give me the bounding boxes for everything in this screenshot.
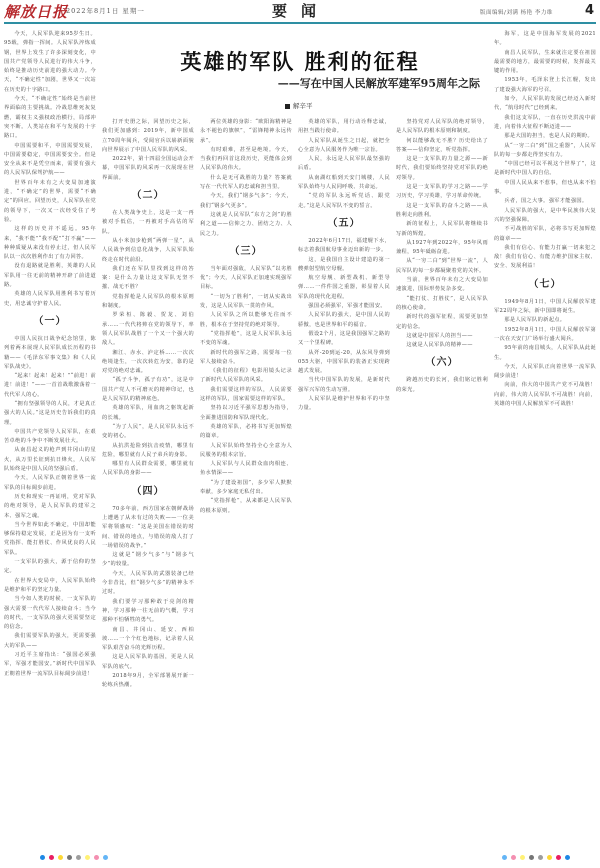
paragraph: 我们要学习那种敢于亮剑的精神，学习那种一往无前的气概，学习那种不怕牺牲的勇气。 [102, 598, 194, 626]
paragraph: 我们这支军队，一直在历史洪流中前进，向着伟大征程不断迈进—— [494, 114, 596, 133]
paragraph: 什么是无可战胜的力量？答案就写在一代代军人的忠诚和担当里。 [200, 174, 292, 193]
paragraph: 当代中国军队的发展，是新时代强军兴军的生动写照。 [298, 376, 390, 395]
paragraph: 兵者，国之大事。强军才能强国。 [494, 197, 596, 206]
paragraph: 习近平主席指出：“强国必须强军，军强才能国安。”新时代中国军队正朝着世界一流军队… [4, 651, 96, 679]
newspaper-logo: 解放日报 [4, 1, 68, 22]
paragraph: 今天，我们“钢多气多”；今天，我们“钢多气更多”。 [200, 192, 292, 211]
paragraph: 从1927年到2022年，95年风雨兼程，95年砥砺奋进。 [396, 239, 488, 258]
paragraph: 新时代的强军之路，需要每一位军人接续奋斗。 [200, 349, 292, 368]
paragraph: 70多年前，西方国家在朝鲜战场上遭遇了从未有过的失败——一位美军将领感叹：“这是… [102, 505, 194, 551]
article-column-6: 海军，这是中国海军发展的2021年。南昌人民军队，生来就注定要在祖国最需要的地方… [494, 30, 596, 856]
paragraph: 哪里有人民群众需要，哪里就有人民军队的身影—— [102, 460, 194, 479]
paragraph: 2022年6月17日，福建舰下水，标志着我国航母事业迈出新的一步。 [298, 237, 390, 256]
color-dot [565, 855, 570, 860]
paragraph: “拥有坚强领导的人民，才是真正强大的人民。”这是历史告诉我们的真理。 [4, 400, 96, 428]
paragraph: 1949年8月1日，中国人民解放军建军22周年之际，新中国即将诞生。 [494, 298, 596, 317]
header-rule [4, 22, 596, 24]
color-dot [67, 855, 72, 860]
paragraph: 这样的历史并不遥远。95年来，“我不能”“我不配”“打不赢”——种种质疑从来没有… [4, 225, 96, 262]
paragraph: “孤子斗争，孤子有功”，这是中国共产党人不可磨灭的精神印记，也是人民军队的精神底… [102, 376, 194, 404]
section-heading: （二） [102, 183, 194, 209]
paragraph: 党指挥枪是人民军队的根本原则和制度。 [102, 293, 194, 312]
paragraph: 在人类战争史上，这是一支一再被对手低估，一再被对手高估的军队。 [102, 209, 194, 237]
paragraph: 这是一支军队的力量之源——新时代，我们要始终坚持党对军队的绝对领导。 [396, 155, 488, 183]
article-subhead: ——写在中国人民解放军建军95周年之际 [150, 75, 480, 91]
paragraph: 今天，“不确定性”始终是当前世界面临的主要挑战。冷战思维死灰复燃，霸权主义强权政… [4, 95, 96, 141]
paragraph: 1952年8月1日，中国人民解放军第一次在天安门广场举行盛大阅兵。 [494, 326, 596, 345]
color-dot [40, 855, 45, 860]
paragraph: 人民，永远是人民军队最坚强的后盾。 [298, 155, 390, 174]
paragraph: 当年面对强敌，人民军队“以劣胜优”；今天，人民军队正加速实现强军目标。 [200, 265, 292, 293]
article-column-3: 两位英雄的身影：“欧阳海精神是永不褪色的旗帜”，“雷锋精神永远传承”。有时艰难，… [200, 118, 292, 856]
byline: 解辛平 [285, 101, 313, 110]
section-heading: （五） [298, 211, 390, 237]
paragraph: “起来！起来！起来！”“前进！前进！前进！”——一首首战歌激荡着一代代军人的心。 [4, 372, 96, 400]
paragraph: 今天，人民军队迎来95岁生日。95载，弹指一挥间。人民军队淬炼成钢，世界上发生了… [4, 30, 96, 95]
paragraph: 向前，伟大的中国共产党不可战胜！向前，伟大的人民军队不可战胜！向前，英雄的中国人… [494, 381, 596, 409]
paragraph: 这是一支军队的学习之路——学习历史，学习英雄，学习革命传统。 [396, 183, 488, 202]
paragraph: 南昌、井冈山、延安、西柏坡……一个个红色地标，记录着人民军队艰苦奋斗的光辉历程。 [102, 626, 194, 654]
paragraph: “能打仗、打胜仗”，是人民军队的核心使命。 [396, 295, 488, 314]
masthead: 解放日报 2022年8月1日 星期一 要闻 版面编辑/刘满 杨艳 李力维 4 [0, 0, 600, 22]
paragraph: 中国人民从来不惹事，但也从来不怕事。 [494, 179, 596, 198]
paragraph: 航空母舰、新型战机、新型导弹……一件件国之重器，彰显着人民军队的现代化进程。 [298, 274, 390, 302]
paragraph: 从“一穷二白”到“世界一流”，人民军队的每一步都凝聚着党的关怀。 [396, 257, 488, 276]
paragraph: 《我们的征程》电影用镜头记录了新时代人民军队的风采。 [200, 367, 292, 386]
paragraph: 新时代的强军征程，需要更加坚定的信念。 [396, 313, 488, 332]
paragraph: 没有退路就是胜利，英雄的人民军队用一往无前的精神开辟了前进道路。 [4, 262, 96, 290]
paragraph: 英雄的军队，用行动诠释忠诚，用担当践行使命。 [298, 118, 390, 137]
paragraph: 人民军队之所以能够无往而不胜，根本在于坚持党的绝对领导。 [200, 311, 292, 330]
section-heading: （一） [4, 309, 96, 335]
paragraph: “党的军队永远听党话、跟党走。”这是人民军队不变的誓言。 [298, 192, 390, 211]
paragraph: 2022年，第十四届全国运动会开幕，中国军队的风采再一次展现在世界面前。 [102, 155, 194, 183]
paragraph: 这，是我国自主设计建造的第一艘弹射型航空母舰。 [298, 256, 390, 275]
color-dot [556, 855, 561, 860]
color-dot [58, 855, 63, 860]
paragraph: 罗荣桓、陈毅、贺龙、刘伯承……一代代将帅在党的领导下，率领人民军队战胜了一个又一… [102, 311, 194, 348]
paragraph: 从歼-20到运-20，从东风导弹到055大驱，中国军队的装备正实现跨越式发展。 [298, 349, 390, 377]
color-dot [85, 855, 90, 860]
paragraph: 强国必须强军，军强才能国安。 [298, 302, 390, 311]
paragraph: 人民军队始终坚持全心全意为人民服务的根本宗旨。 [200, 442, 292, 461]
color-dot [511, 855, 516, 860]
paragraph: 英雄的军队，用血肉之躯筑起新的长城。 [102, 404, 194, 423]
paragraph: 今天，人民军队的武器装备已经今非昔比，但“钢少气多”的精神永不过时。 [102, 570, 194, 598]
paragraph: 那是大国的担当，也是人民的期盼。 [494, 132, 596, 141]
paragraph: 我们有信心、有能力打赢一切来犯之敌！我们有信心、有能力维护国家主权、安全、发展利… [494, 244, 596, 272]
page-number: 4 [585, 3, 594, 18]
article-headline: 英雄的军队 胜利的征程 [120, 46, 480, 76]
paragraph: 世界百年未有之大变局加速演进，“不确定”的世界，需要“不确定”的回应。回望历史，… [4, 179, 96, 225]
paragraph: 今天，人民军队正朝着世界一流军队的目标阔步前进。 [4, 474, 96, 493]
paragraph: 当今世界如此不确定，中国却能够保持稳定发展，正是因为有一支听党指挥、能打胜仗、作… [4, 521, 96, 558]
paragraph: 这是一支军队的奋斗之路——从胜利走向胜利。 [396, 202, 488, 221]
paragraph: 湘江、赤水、泸定桥……一次次绝境逢生，一次次转危为安，靠的是对党的绝对忠诚。 [102, 349, 194, 377]
paragraph: 那是人民军队的新起点。 [494, 316, 596, 325]
paragraph: 历史和现实一再证明，党对军队的绝对领导，是人民军队的建军之本、强军之魂。 [4, 493, 96, 521]
paragraph: 从南湖红船到天安门城楼，人民军队始终与人民同呼吸、共命运。 [298, 174, 390, 193]
paragraph: 人民军队的强大，是中华民族伟大复兴的坚强保障。 [494, 207, 596, 226]
paragraph: 人民军队是维护世界和平的中坚力量。 [298, 395, 390, 414]
paragraph: 两位英雄的身影：“欧阳海精神是永不褪色的旗帜”，“雷锋精神永远传承”。 [200, 118, 292, 146]
paragraph: 这就是人民军队“东方之剑”的胜利之道——信仰之力、团结之力、人民之力。 [200, 211, 292, 239]
article-column-4: 英雄的军队，用行动诠释忠诚，用担当践行使命。人民军队从诞生之日起，就把全心全意为… [298, 118, 390, 856]
paragraph: 从小米加步枪到“两弹一星”，从人民战争到信息化战争，人民军队始终走在时代前沿。 [102, 237, 194, 265]
paragraph: 中国需要和平，中国需要发展，中国需要稳定，中国需要安全。但是安全从来不是凭空而来… [4, 142, 96, 179]
author-name: 解辛平 [293, 102, 313, 110]
section-heading: （三） [200, 239, 292, 265]
paragraph: 英雄的军队，必将书写更加辉煌的篇章。 [200, 423, 292, 442]
paragraph: 1953年，毛泽东登上长江舰，发出了建设强大海军的号召。 [494, 76, 596, 95]
paragraph: 在世界大变局中，人民军队始终是维护和平的坚定力量。 [4, 577, 96, 596]
paragraph: “中国已经可以平视这个世界了”，这是新时代中国人的自信。 [494, 160, 596, 179]
section-heading: （六） [396, 350, 488, 376]
section-heading: （四） [102, 479, 194, 505]
paragraph: 我们还在军队里找到这样的答案：是什么力量让这支军队无坚不摧、战无不胜？ [102, 265, 194, 293]
paragraph: 当前，世界百年未有之大变局加速演进，国际形势复杂多变。 [396, 276, 488, 295]
paragraph: 新的征程上，人民军队将继续书写新的辉煌。 [396, 220, 488, 239]
paragraph: 坚持党对人民军队的绝对领导，是人民军队的根本原则和制度。 [396, 118, 488, 137]
paragraph: 我们需要这样的军队，人民需要这样的军队，国家需要这样的军队。 [200, 386, 292, 405]
paragraph: 坚持以习近平强军思想为指导，全面推进国防和军队现代化。 [200, 404, 292, 423]
paragraph: 95年前的南昌城头，人民军队从此诞生。 [494, 344, 596, 363]
paragraph: 南昌人民军队，生来就注定要在祖国最需要的地方，最需要的时候，发挥最关键的作用。 [494, 49, 596, 77]
paragraph: 从南昌起义的枪声到井冈山的星火，从万里长征到抗日烽火，人民军队始终是中国人民的坚… [4, 446, 96, 474]
article-column-2: 打开史册之际，回望历史之际，我们更加感到：2019年，新中国成立70周年阅兵，受… [102, 118, 194, 856]
paragraph: 当今如人类的时候，一支军队的强大需要一代代军人接续奋斗；当今的时代，一支军队的强… [4, 595, 96, 632]
paragraph: 这就是“钢少气多”与“钢多气少”的较量。 [102, 551, 194, 570]
editors-credit: 版面编辑/刘满 杨艳 李力维 [480, 8, 553, 16]
paragraph: 有时艰难，甚至是绝境。今天，当我们再回首这段历史，更能体会到人民军队的伟大。 [200, 146, 292, 174]
color-dot [502, 855, 507, 860]
paragraph: 中国共产党领导人民军队，在艰苦卓绝的斗争中不断发展壮大。 [4, 428, 96, 447]
paragraph: 英雄的人民军队用胜利书写着历史，用忠诚守护着人民。 [4, 290, 96, 309]
color-dot [94, 855, 99, 860]
paragraph: 如今，人民军队的发展已经迈入新时代，“航母时代”已经到来。 [494, 95, 596, 114]
section-title: 要闻 [272, 0, 330, 21]
paragraph: “党指挥枪”，从来都是人民军队的根本原则。 [200, 497, 292, 516]
paragraph: 打开史册之际，回望历史之际，我们更加感到：2019年，新中国成立70周年阅兵，受… [102, 118, 194, 155]
paragraph: 何以能够战无不胜？历史给出了答案——信仰坚定，听党指挥。 [396, 137, 488, 156]
paragraph: 不可战胜的军队，必将书写更加辉煌的篇章—— [494, 225, 596, 244]
paragraph: 人民军队的强大，是中国人民的骄傲，也是世界和平的福音。 [298, 311, 390, 330]
article-column-5: 坚持党对人民军队的绝对领导，是人民军队的根本原则和制度。何以能够战无不胜？历史给… [396, 118, 488, 856]
color-dot [547, 855, 552, 860]
paragraph: 跨越历史的长河，我们铭记胜利的荣光。 [396, 376, 488, 395]
paragraph: “党指挥枪”，这是人民军队永远不变的军魂。 [200, 330, 292, 349]
issue-date: 2022年8月1日 星期一 [66, 6, 145, 15]
color-dot [49, 855, 54, 860]
color-dot [76, 855, 81, 860]
paragraph: 人民军队从诞生之日起，就把全心全意为人民服务作为唯一宗旨。 [298, 137, 390, 156]
color-dot [103, 855, 108, 860]
paragraph: 中国人民抗日战争纪念馆里，陈列着两本展现人民军队成长历程的书籍——《毛泽东军事文… [4, 335, 96, 372]
paragraph: 这就是人民军队的精神—— [396, 341, 488, 350]
paragraph: 今天，人民军队正向着世界一流军队阔步前进！ [494, 363, 596, 382]
paragraph: 我们需要军队的强大，更需要强大的军队—— [4, 632, 96, 651]
paragraph: “为了建设祖国”，多少军人默默奉献，多少家庭无私付出。 [200, 479, 292, 498]
paragraph: 2018年9月，全军部署展开新一轮练兵热潮。 [102, 672, 194, 691]
paragraph: “一切为了胜利”，一切从实战出发，这是人民军队一贯的作风。 [200, 293, 292, 312]
paragraph: 一支军队的强大，源于信仰的坚定。 [4, 558, 96, 577]
color-dot [520, 855, 525, 860]
color-dot [538, 855, 543, 860]
paragraph: 人民军队与人民群众血肉相连、鱼水情深—— [200, 460, 292, 479]
paragraph: 假设2个月，这是我国强军之路的又一个里程碑。 [298, 330, 390, 349]
paragraph: 这是人民军队的基因，更是人民军队的底气。 [102, 653, 194, 672]
byline-square-icon [285, 104, 290, 109]
article-column-1: 今天，人民军队迎来95岁生日。95载，弹指一挥间。人民军队淬炼成钢，世界上发生了… [4, 30, 96, 856]
color-dot [529, 855, 534, 860]
print-color-marks-right [502, 855, 570, 860]
section-heading: （七） [494, 272, 596, 298]
paragraph: 这就是中国军人的担当—— [396, 332, 488, 341]
print-color-marks-left [40, 855, 108, 860]
paragraph: “为了人民”，是人民军队永远不变的初心。 [102, 423, 194, 442]
paragraph: 从抗洪抢险到抗击疫情，哪里有危险，哪里就有人民子弟兵的身影。 [102, 442, 194, 461]
paragraph: 从“一穷二白”到“国之重器”，人民军队的每一步都走得坚实有力。 [494, 142, 596, 161]
paragraph: 海军，这是中国海军发展的2021年。 [494, 30, 596, 49]
